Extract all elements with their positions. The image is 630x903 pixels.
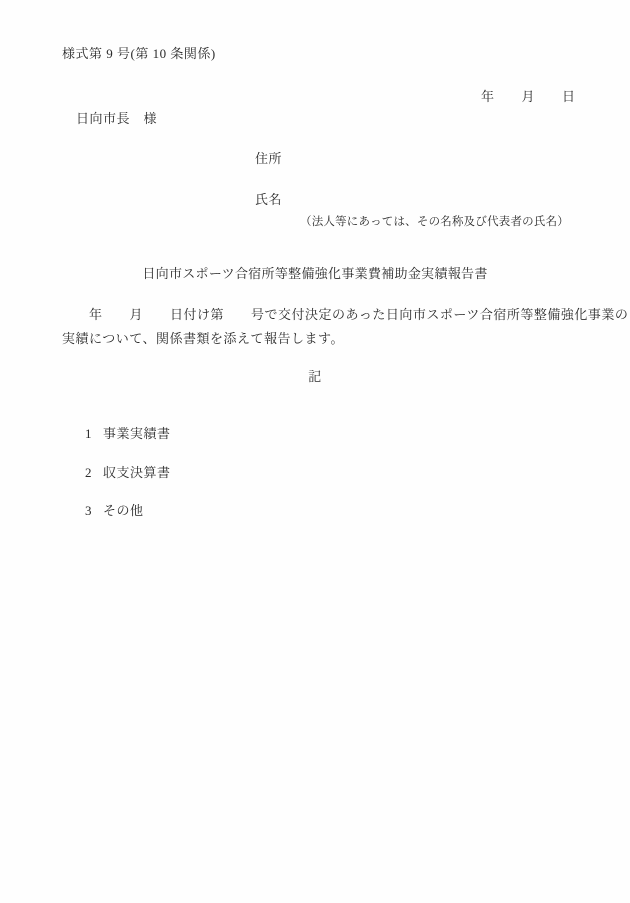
attachment-label: 収支決算書 bbox=[103, 465, 171, 480]
address-label: 住所 bbox=[255, 151, 282, 166]
attachment-number: 3 bbox=[85, 503, 103, 518]
attachment-item: 3その他 bbox=[70, 488, 144, 533]
form-number: 様式第 9 号(第 10 条関係) bbox=[62, 46, 216, 61]
addressee: 日向市長 様 bbox=[76, 111, 157, 126]
attachment-number: 1 bbox=[85, 426, 103, 441]
representative-note: （法人等にあっては、その名称及び代表者の氏名） bbox=[300, 215, 569, 230]
record-marker: 記 bbox=[0, 369, 630, 384]
body-paragraph-line-2: 実績について、関係書類を添えて報告します。 bbox=[62, 331, 344, 346]
document-title: 日向市スポーツ合宿所等整備強化事業費補助金実績報告書 bbox=[0, 266, 630, 281]
attachment-number: 2 bbox=[85, 465, 103, 480]
body-paragraph-line-1: 年 月 日付け第 号で交付決定のあった日向市スポーツ合宿所等整備強化事業の bbox=[62, 307, 628, 322]
name-label: 氏名 bbox=[255, 192, 282, 207]
attachment-label: 事業実績書 bbox=[103, 426, 171, 441]
attachment-label: その他 bbox=[103, 503, 144, 518]
date-line: 年 月 日 bbox=[481, 89, 576, 104]
document-page: 様式第 9 号(第 10 条関係) 年 月 日 日向市長 様 住所 氏名 （法人… bbox=[0, 0, 630, 903]
